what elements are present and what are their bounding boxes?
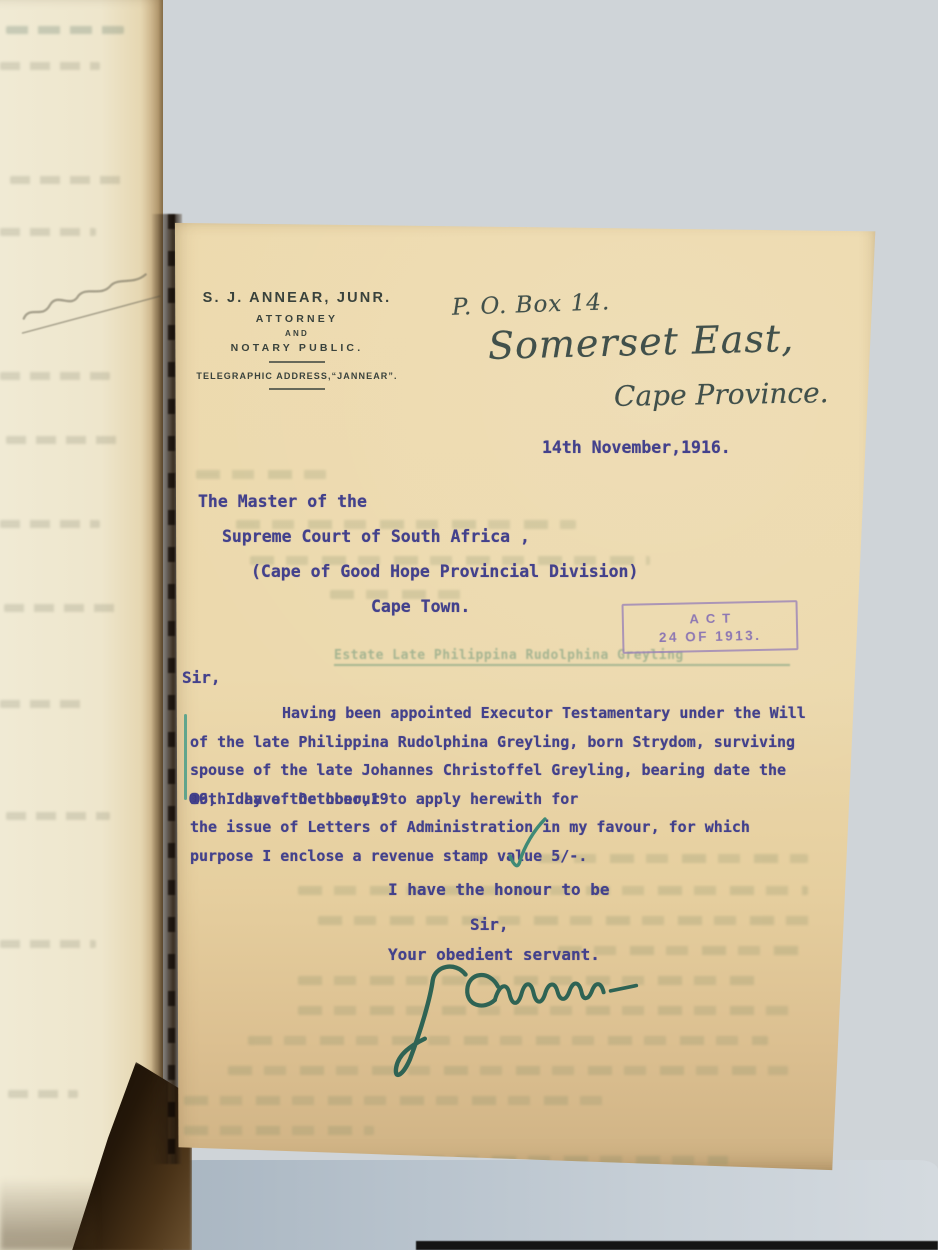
closing-line: Sir, [470, 915, 509, 934]
stamp-line: 24 OF 1913. [659, 627, 762, 644]
ghost-text-line [318, 916, 818, 925]
town-script: Somerset East, [487, 316, 794, 368]
recipient-line: The Master of the [198, 492, 367, 511]
body-line: Having been appointed Executor Testament… [282, 704, 806, 722]
desk-surface [138, 1160, 938, 1250]
province-script: Cape Province. [614, 376, 829, 413]
photo-of-letter: S. J. ANNEAR, JUNR. ATTORNEY AND NOTARY … [0, 0, 938, 1250]
body-line: of the late Philippina Rudolphina Greyli… [190, 733, 795, 751]
facing-page [0, 0, 163, 1250]
body-line-text: 9, I have the honour to apply herewith f… [199, 790, 578, 808]
ghost-text-line [6, 26, 124, 34]
body-line: the issue of Letters of Administration i… [190, 818, 750, 836]
body-line: 16th day of October,1909, I have the hon… [190, 790, 199, 808]
ghost-text-line [0, 228, 96, 236]
po-box-script: P. O. Box 14. [452, 289, 611, 321]
ghost-handwriting-squiggle [1, 244, 175, 363]
body-line: spouse of the late Johannes Christoffel … [190, 761, 786, 779]
ghost-text-line [196, 470, 336, 479]
ghost-text-line [0, 700, 90, 708]
ghost-text-line [0, 940, 96, 948]
salutation: Sir, [182, 668, 221, 687]
ghost-text-line [4, 604, 116, 612]
ghost-text-line [0, 372, 110, 380]
act-rubber-stamp: ACT 24 OF 1913. [621, 600, 798, 654]
stamp-line: ACT [682, 610, 737, 626]
ghost-text-line [0, 520, 100, 528]
letterhead-rule [269, 361, 325, 363]
letterhead-rule [269, 388, 325, 390]
letterhead-block: S. J. ANNEAR, JUNR. ATTORNEY AND NOTARY … [182, 290, 412, 390]
check-mark [504, 816, 548, 876]
ghost-text-line [10, 176, 130, 184]
ghost-text-line [6, 812, 110, 820]
ghost-text-line [8, 1090, 78, 1098]
letter-page: S. J. ANNEAR, JUNR. ATTORNEY AND NOTARY … [170, 220, 876, 1172]
margin-check-line [184, 714, 187, 800]
date-line: 14th November,1916. [542, 438, 731, 457]
letterhead-title: NOTARY PUBLIC. [182, 342, 412, 354]
letterhead-telegraphic-address: TELEGRAPHIC ADDRESS,“JANNEAR”. [182, 371, 412, 381]
ghost-text-line [184, 1096, 614, 1105]
ghost-text-line [6, 436, 124, 444]
signature-jc-annear [375, 949, 653, 1093]
page-bottom-shadow [0, 1178, 96, 1250]
recipient-line: Supreme Court of South Africa , [222, 527, 530, 546]
closing-line: I have the honour to be [388, 880, 610, 899]
recipient-line: (Cape of Good Hope Provincial Division) [251, 562, 638, 581]
recipient-line: Cape Town. [371, 597, 470, 616]
photo-edge-strip [416, 1241, 938, 1250]
ghost-text-line [184, 1126, 374, 1135]
letterhead-name: S. J. ANNEAR, JUNR. [182, 290, 412, 306]
ghost-text-line [0, 62, 100, 70]
letterhead-title: ATTORNEY [182, 313, 412, 325]
letterhead-title: AND [182, 329, 412, 338]
